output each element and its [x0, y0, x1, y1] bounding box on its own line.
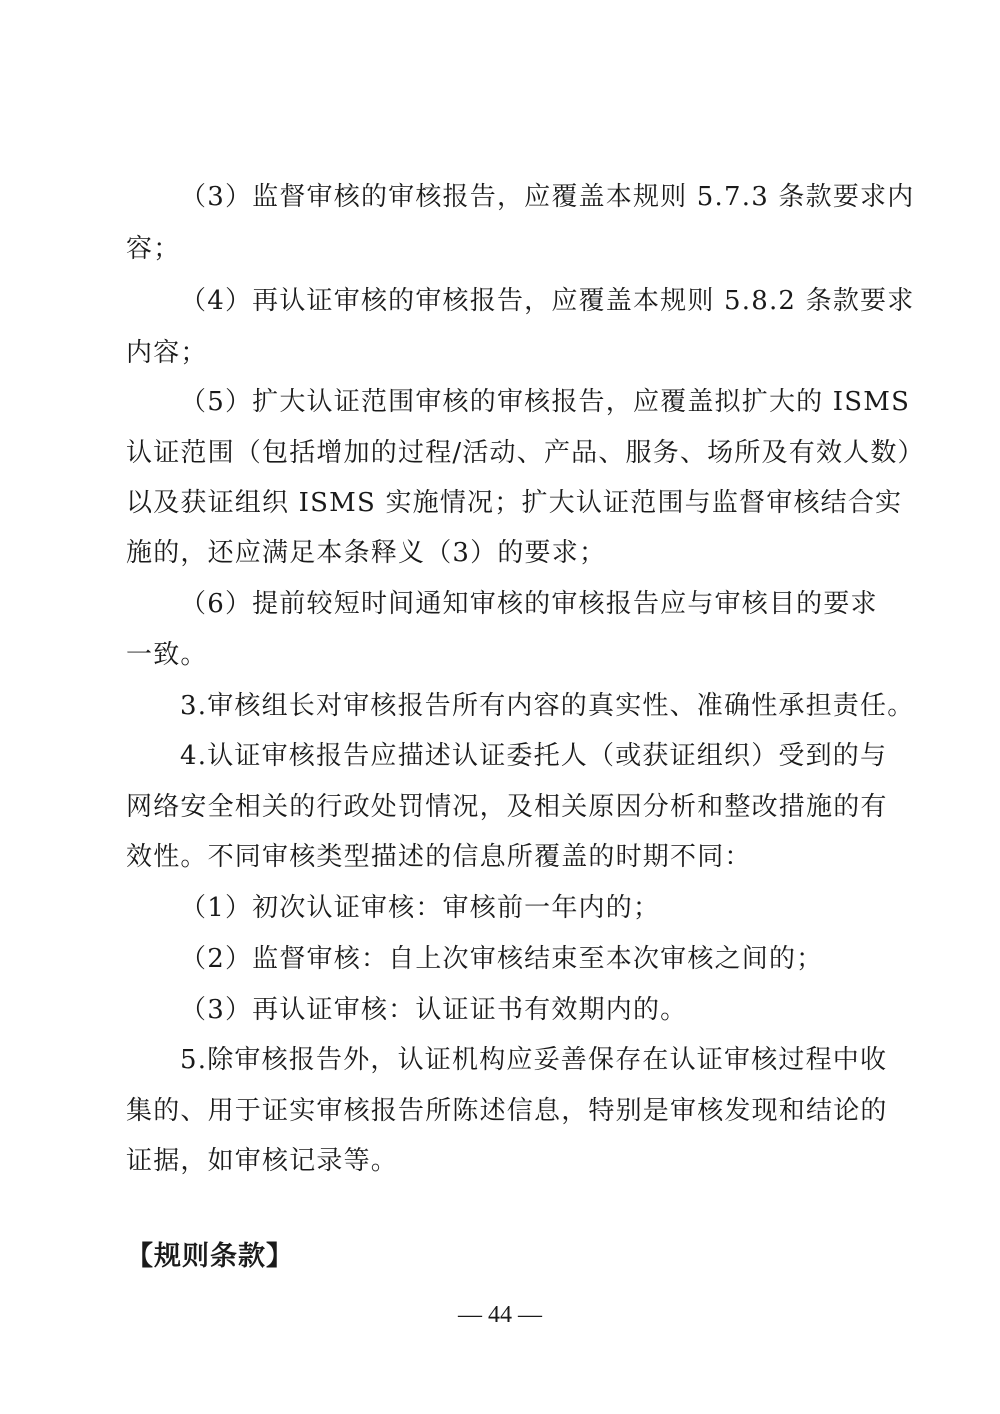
text-line: 5.除审核报告外，认证机构应妥善保存在认证审核过程中收	[180, 1043, 876, 1077]
text-line: （2）监督审核：自上次审核结束至本次审核之间的；	[180, 942, 876, 976]
text-line: 一致。	[126, 638, 876, 672]
text-line: （5）扩大认证范围审核的审核报告，应覆盖拟扩大的 ISMS	[180, 385, 876, 419]
text-line: 容；	[126, 232, 876, 266]
text-line: 以及获证组织 ISMS 实施情况；扩大认证范围与监督审核结合实	[126, 486, 876, 520]
text-line: （3）监督审核的审核报告，应覆盖本规则 5.7.3 条款要求内	[180, 180, 876, 214]
text-line: 效性。不同审核类型描述的信息所覆盖的时期不同：	[126, 840, 876, 874]
text-line: 认证范围（包括增加的过程/活动、产品、服务、场所及有效人数）	[126, 436, 876, 470]
text-line: 网络安全相关的行政处罚情况，及相关原因分析和整改措施的有	[126, 790, 876, 824]
text-line: 证据，如审核记录等。	[126, 1144, 876, 1178]
section-heading: 【规则条款】	[126, 1240, 294, 1274]
document-page: （3）监督审核的审核报告，应覆盖本规则 5.7.3 条款要求内容；（4）再认证审…	[0, 0, 1000, 1414]
text-line: （1）初次认证审核：审核前一年内的；	[180, 891, 876, 925]
text-line: 集的、用于证实审核报告所陈述信息，特别是审核发现和结论的	[126, 1094, 876, 1128]
text-line: 内容；	[126, 336, 876, 370]
text-line: 施的，还应满足本条释义（3）的要求；	[126, 536, 876, 570]
text-line: （4）再认证审核的审核报告，应覆盖本规则 5.8.2 条款要求	[180, 284, 876, 318]
text-line: 4.认证审核报告应描述认证委托人（或获证组织）受到的与	[180, 739, 876, 773]
text-line: （3）再认证审核：认证证书有效期内的。	[180, 993, 876, 1027]
page-number: — 44 —	[0, 1300, 1000, 1330]
text-line: （6）提前较短时间通知审核的审核报告应与审核目的要求	[180, 587, 876, 621]
text-line: 3.审核组长对审核报告所有内容的真实性、准确性承担责任。	[180, 689, 876, 723]
